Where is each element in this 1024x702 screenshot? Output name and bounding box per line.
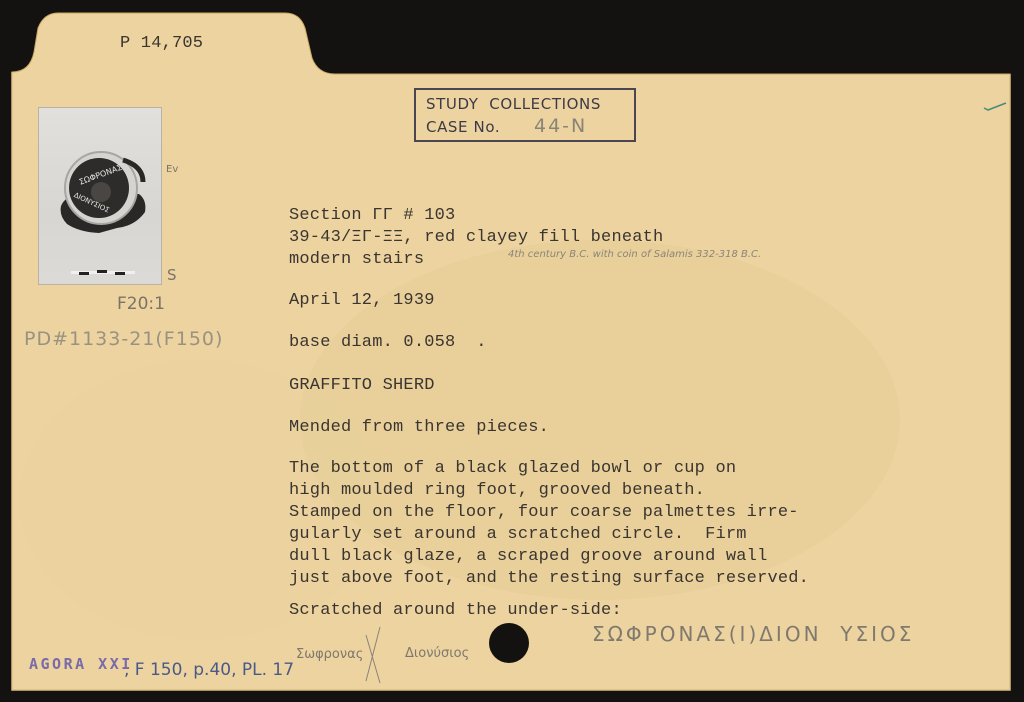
inscription-text: ΣΩΦΡΟΝΑΣ(Ι)ΔΙΟΝ ΥΣΙΟΣ <box>592 622 914 646</box>
agora-stamp: AGORA XXI <box>29 655 133 673</box>
description-line: just above foot, and the resting surface… <box>289 568 809 590</box>
transcription-name-2: Διονύσιος <box>405 646 469 661</box>
object-title: GRAFFITO SHERD <box>289 375 435 397</box>
catalog-number: P 14,705 <box>120 33 203 55</box>
photo-note-ev: Ev <box>166 164 178 175</box>
stamp-case-value: 44-N <box>534 115 587 137</box>
scale-bar <box>71 270 135 275</box>
photo-label: F20:1 <box>117 294 165 314</box>
inscription-intro: Scratched around the under-side: <box>289 600 622 622</box>
pencil-cross-mark <box>362 625 384 685</box>
sherd-image: ΣΩΦΡΟΝΑΣ ΔΙΟΝΥΣΙΟΣ <box>39 108 161 284</box>
description-line: dull black glaze, a scraped groove aroun… <box>289 546 767 568</box>
catalog-card: P 14,705 STUDY COLLECTIONS CASE No. 44-N… <box>0 0 1024 702</box>
date-note: 4th century B.C. with coin of Salamis 33… <box>508 249 761 260</box>
stamp-case-label: CASE No. <box>426 118 500 136</box>
excavation-date: April 12, 1939 <box>289 290 435 312</box>
sherd-photo: ΣΩΦΡΟΝΑΣ ΔΙΟΝΥΣΙΟΣ <box>38 107 162 285</box>
location-line: 39-43/ΞΓ-ΞΞ, red clayey fill beneath <box>289 227 663 249</box>
condition: Mended from three pieces. <box>289 417 549 439</box>
location-line-2: modern stairs <box>289 249 424 271</box>
photo-note-s: S <box>167 266 177 284</box>
checkmark-icon <box>982 100 1008 112</box>
publication-reference: , F 150, p.40, PL. 17 <box>124 660 294 680</box>
transcription-name-1: Σωφρονας <box>296 647 363 662</box>
pd-number: PD#1133-21(F150) <box>24 328 223 350</box>
description-line: The bottom of a black glazed bowl or cup… <box>289 458 736 480</box>
punch-hole <box>489 623 529 663</box>
description-line: Stamped on the floor, four coarse palmet… <box>289 502 799 524</box>
description-line: gularly set around a scratched circle. F… <box>289 524 747 546</box>
dimensions: base diam. 0.058 . <box>289 332 487 354</box>
description-line: high moulded ring foot, grooved beneath. <box>289 480 705 502</box>
stamp-title: STUDY COLLECTIONS <box>426 95 601 113</box>
section-line: Section ΓΓ # 103 <box>289 205 455 227</box>
